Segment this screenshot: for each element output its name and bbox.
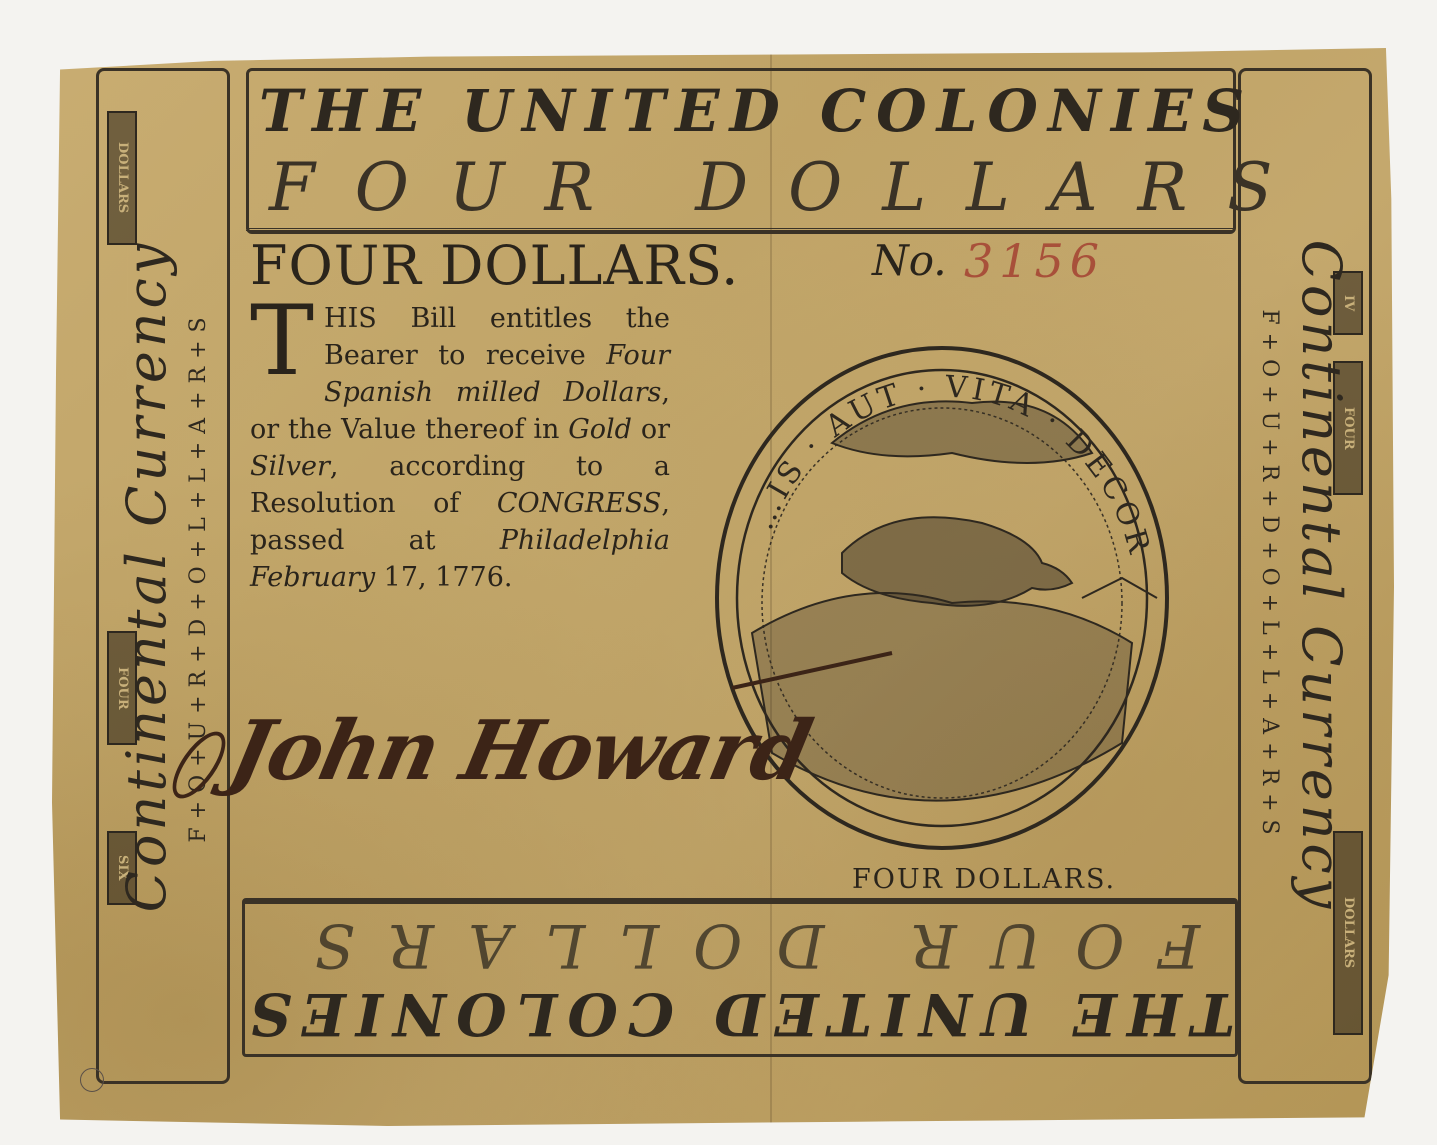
serial-label: No. <box>872 236 947 285</box>
header-rule <box>246 228 1234 231</box>
left-side-small: F+O+U+R+D+O+L+L+A+R+S <box>186 240 211 913</box>
header-colonies-text: THE UNITED COLONIES <box>259 77 1254 145</box>
bill-text-part: 17, 1776. <box>375 562 512 593</box>
header-denomination-script: FOUR DOLLARS <box>269 149 1312 226</box>
bill-text-part: or <box>632 414 670 445</box>
bill-text-italic: CONGRESS <box>497 488 662 519</box>
right-side-script: Continental Currency <box>1290 240 1353 913</box>
bill-text-italic: Gold <box>568 414 632 445</box>
right-side-legend: Continental Currency F+O+U+R+D+O+L+L+A+R… <box>1257 240 1353 913</box>
header-band: THE UNITED COLONIES FOUR DOLLARS <box>246 68 1236 234</box>
left-box-top: DOLLARS <box>107 111 137 245</box>
signature: John Howard <box>222 703 818 799</box>
bottom-denomination-label: FOUR DOLLARS. <box>852 864 1116 895</box>
right-side-small: F+O+U+R+D+O+L+L+A+R+S <box>1257 240 1282 913</box>
left-border-panel: DOLLARS FOUR SIX Continental Currency F+… <box>96 68 230 1084</box>
denomination-title: FOUR DOLLARS. <box>250 234 739 297</box>
footer-denomination-script: FOUR DOLLARS <box>245 910 1235 980</box>
bill-text-italic: Silver <box>250 451 330 482</box>
left-side-legend: Continental Currency F+O+U+R+D+O+L+L+A+R… <box>115 240 211 913</box>
hole-mark <box>80 1068 104 1092</box>
dropcap: T <box>250 302 314 380</box>
serial-number: 3156 <box>964 234 1105 288</box>
left-side-script: Continental Currency <box>115 240 178 913</box>
banknote: DOLLARS FOUR SIX Continental Currency F+… <box>52 48 1394 1126</box>
footer-colonies-text: THE UNITED COLONIES <box>245 980 1235 1048</box>
bill-text: THIS Bill entitles the Bearer to receive… <box>250 300 670 596</box>
footer-band: FOUR DOLLARS THE UNITED COLONIES <box>242 898 1238 1057</box>
